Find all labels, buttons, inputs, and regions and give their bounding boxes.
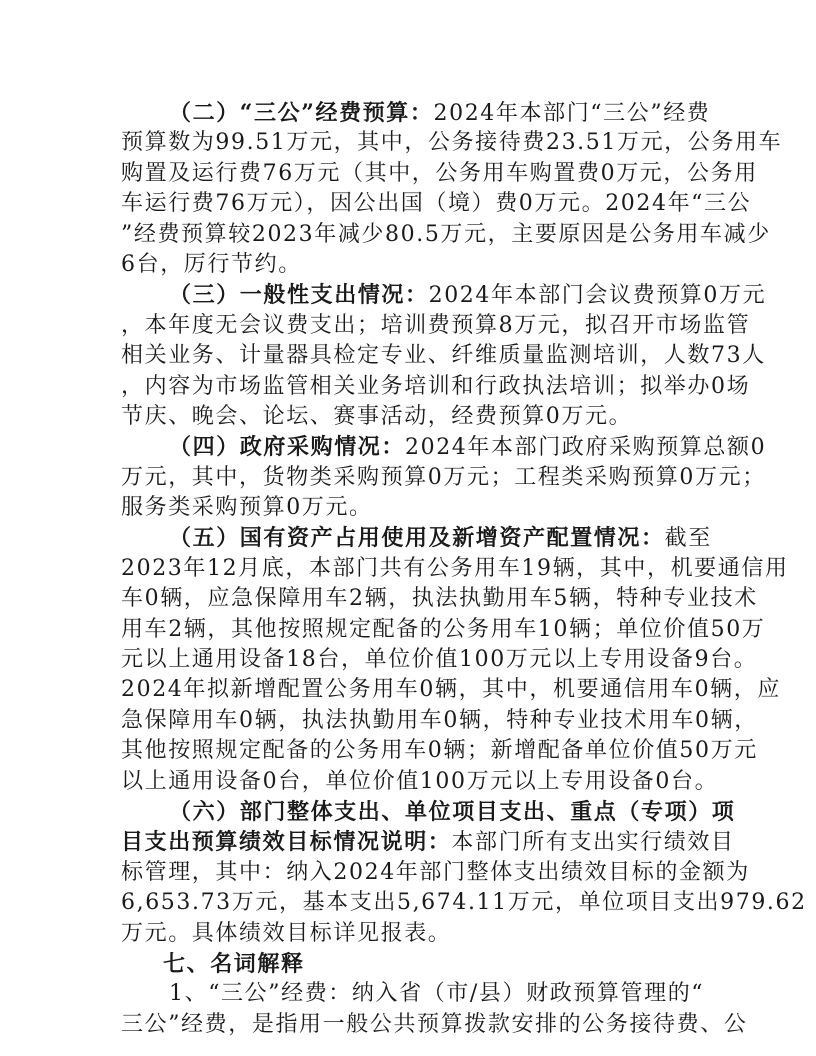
text-line: 其他按照规定配备的公务用车0辆；新增配备单位价值50万元: [121, 736, 696, 766]
bold-lead: （六）部门整体支出、单位项目支出、重点（专项）项: [169, 799, 735, 825]
text-line: 三公”经费，是指用一般公共预算拨款安排的公务接待费、公: [121, 1010, 696, 1040]
text-line: 万元，其中，货物类采购预算0万元；工程类采购预算0万元；: [121, 463, 696, 493]
line-text: 截至: [665, 526, 712, 551]
text-line: 目支出预算绩效目标情况说明：本部门所有支出实行绩效目: [121, 827, 696, 857]
text-line: 2023年12月底，本部门共有公务用车19辆，其中，机要通信用: [121, 554, 696, 584]
text-line: 节庆、晚会、论坛、赛事活动，经费预算0万元。: [121, 402, 696, 432]
bold-lead: （五）国有资产占用使用及新增资产配置情况：: [169, 525, 665, 551]
line-text: 预算数为99.51万元，其中，公务接待费23.51万元，公务用车: [121, 130, 782, 155]
line-text: 万元。具体绩效目标详见报表。: [121, 921, 451, 946]
text-line: ，内容为市场监管相关业务培训和行政执法培训；拟举办0场: [121, 372, 696, 402]
document-page: （二）“三公”经费预算：2024年本部门“三公”经费预算数为99.51万元，其中…: [121, 98, 696, 1040]
bold-lead: （二）“三公”经费预算：: [169, 100, 434, 126]
text-line: 车运行费76万元），因公出国（境）费0万元。2024年“三公: [121, 189, 696, 219]
text-line: 车0辆，应急保障用车2辆，执法执勤用车5辆，特种专业技术: [121, 584, 696, 614]
line-text: 车运行费76万元），因公出国（境）费0万元。2024年“三公: [121, 191, 751, 216]
line-text: ”经费预算较2023年减少80.5万元，主要原因是公务用车减少: [121, 222, 771, 247]
bold-lead: （三）一般性支出情况：: [169, 282, 429, 308]
line-text: 1、“三公”经费：纳入省（市/县）财政预算管理的“: [169, 981, 704, 1006]
bold-lead: （四）政府采购情况：: [169, 434, 405, 460]
line-text: 2024年拟新增配置公务用车0辆，其中，机要通信用车0辆，应: [121, 677, 781, 702]
text-line: 万元。具体绩效目标详见报表。: [121, 919, 696, 949]
line-text: 其他按照规定配备的公务用车0辆；新增配备单位价值50万元: [121, 738, 758, 763]
line-text: ，内容为市场监管相关业务培训和行政执法培训；拟举办0场: [121, 374, 750, 399]
line-text: 用车2辆，其他按照规定配备的公务用车10辆；单位价值50万: [121, 617, 765, 642]
text-line: （六）部门整体支出、单位项目支出、重点（专项）项: [121, 797, 696, 827]
text-line: 以上通用设备0台，单位价值100万元以上专用设备0台。: [121, 767, 696, 797]
line-text: 6台，厉行节约。: [121, 252, 302, 277]
text-line: 急保障用车0辆，执法执勤用车0辆，特种专业技术用车0辆，: [121, 706, 696, 736]
line-text: 急保障用车0辆，执法执勤用车0辆，特种专业技术用车0辆，: [121, 708, 758, 733]
text-line: 预算数为99.51万元，其中，公务接待费23.51万元，公务用车: [121, 128, 696, 158]
line-text: ，本年度无会议费支出；培训费预算8万元，拟召开市场监管: [121, 313, 750, 338]
line-text: 元以上通用设备18台，单位价值100万元以上专用设备9台。: [121, 647, 757, 672]
text-line: 相关业务、计量器具检定专业、纤维质量监测培训，人数73人: [121, 341, 696, 371]
line-text: 以上通用设备0台，单位价值100万元以上专用设备0台。: [121, 769, 718, 794]
line-text: 6,653.73万元，基本支出5,674.11万元，单位项目支出979.62: [121, 890, 807, 915]
line-text: 购置及运行费76万元（其中，公务用车购置费0万元，公务用: [121, 161, 758, 186]
text-line: 服务类采购预算0万元。: [121, 493, 696, 523]
text-line: 6台，厉行节约。: [121, 250, 696, 280]
text-line: （四）政府采购情况：2024年本部门政府采购预算总额0: [121, 432, 696, 462]
text-line: 1、“三公”经费：纳入省（市/县）财政预算管理的“: [121, 979, 696, 1009]
bold-lead: 目支出预算绩效目标情况说明：: [121, 829, 451, 855]
text-line: 6,653.73万元，基本支出5,674.11万元，单位项目支出979.62: [121, 888, 696, 918]
line-text: 本部门所有支出实行绩效目: [451, 830, 734, 855]
section-heading: 七、名词解释: [121, 949, 696, 979]
line-text: 2024年本部门“三公”经费: [434, 101, 711, 126]
text-line: ，本年度无会议费支出；培训费预算8万元，拟召开市场监管: [121, 311, 696, 341]
line-text: 标管理，其中：纳入2024年部门整体支出绩效目标的金额为: [121, 860, 750, 885]
line-text: 2024年本部门政府采购预算总额0: [405, 435, 766, 460]
line-text: 三公”经费，是指用一般公共预算拨款安排的公务接待费、公: [121, 1012, 747, 1037]
line-text: 节庆、晚会、论坛、赛事活动，经费预算0万元。: [121, 404, 632, 429]
text-line: 购置及运行费76万元（其中，公务用车购置费0万元，公务用: [121, 159, 696, 189]
line-text: 服务类采购预算0万元。: [121, 495, 373, 520]
text-line: （三）一般性支出情况：2024年本部门会议费预算0万元: [121, 280, 696, 310]
line-text: 2023年12月底，本部门共有公务用车19辆，其中，机要通信用: [121, 556, 789, 581]
line-text: 车0辆，应急保障用车2辆，执法执勤用车5辆，特种专业技术: [121, 586, 758, 611]
text-line: 标管理，其中：纳入2024年部门整体支出绩效目标的金额为: [121, 858, 696, 888]
text-line: 元以上通用设备18台，单位价值100万元以上专用设备9台。: [121, 645, 696, 675]
text-line: （二）“三公”经费预算：2024年本部门“三公”经费: [121, 98, 696, 128]
bold-lead: 七、名词解释: [163, 951, 305, 977]
text-line: 2024年拟新增配置公务用车0辆，其中，机要通信用车0辆，应: [121, 675, 696, 705]
line-text: 万元，其中，货物类采购预算0万元；工程类采购预算0万元；: [121, 465, 766, 490]
line-text: 2024年本部门会议费预算0万元: [429, 283, 767, 308]
line-text: 相关业务、计量器具检定专业、纤维质量监测培训，人数73人: [121, 343, 766, 368]
text-line: ”经费预算较2023年减少80.5万元，主要原因是公务用车减少: [121, 220, 696, 250]
text-line: 用车2辆，其他按照规定配备的公务用车10辆；单位价值50万: [121, 615, 696, 645]
text-line: （五）国有资产占用使用及新增资产配置情况：截至: [121, 523, 696, 553]
